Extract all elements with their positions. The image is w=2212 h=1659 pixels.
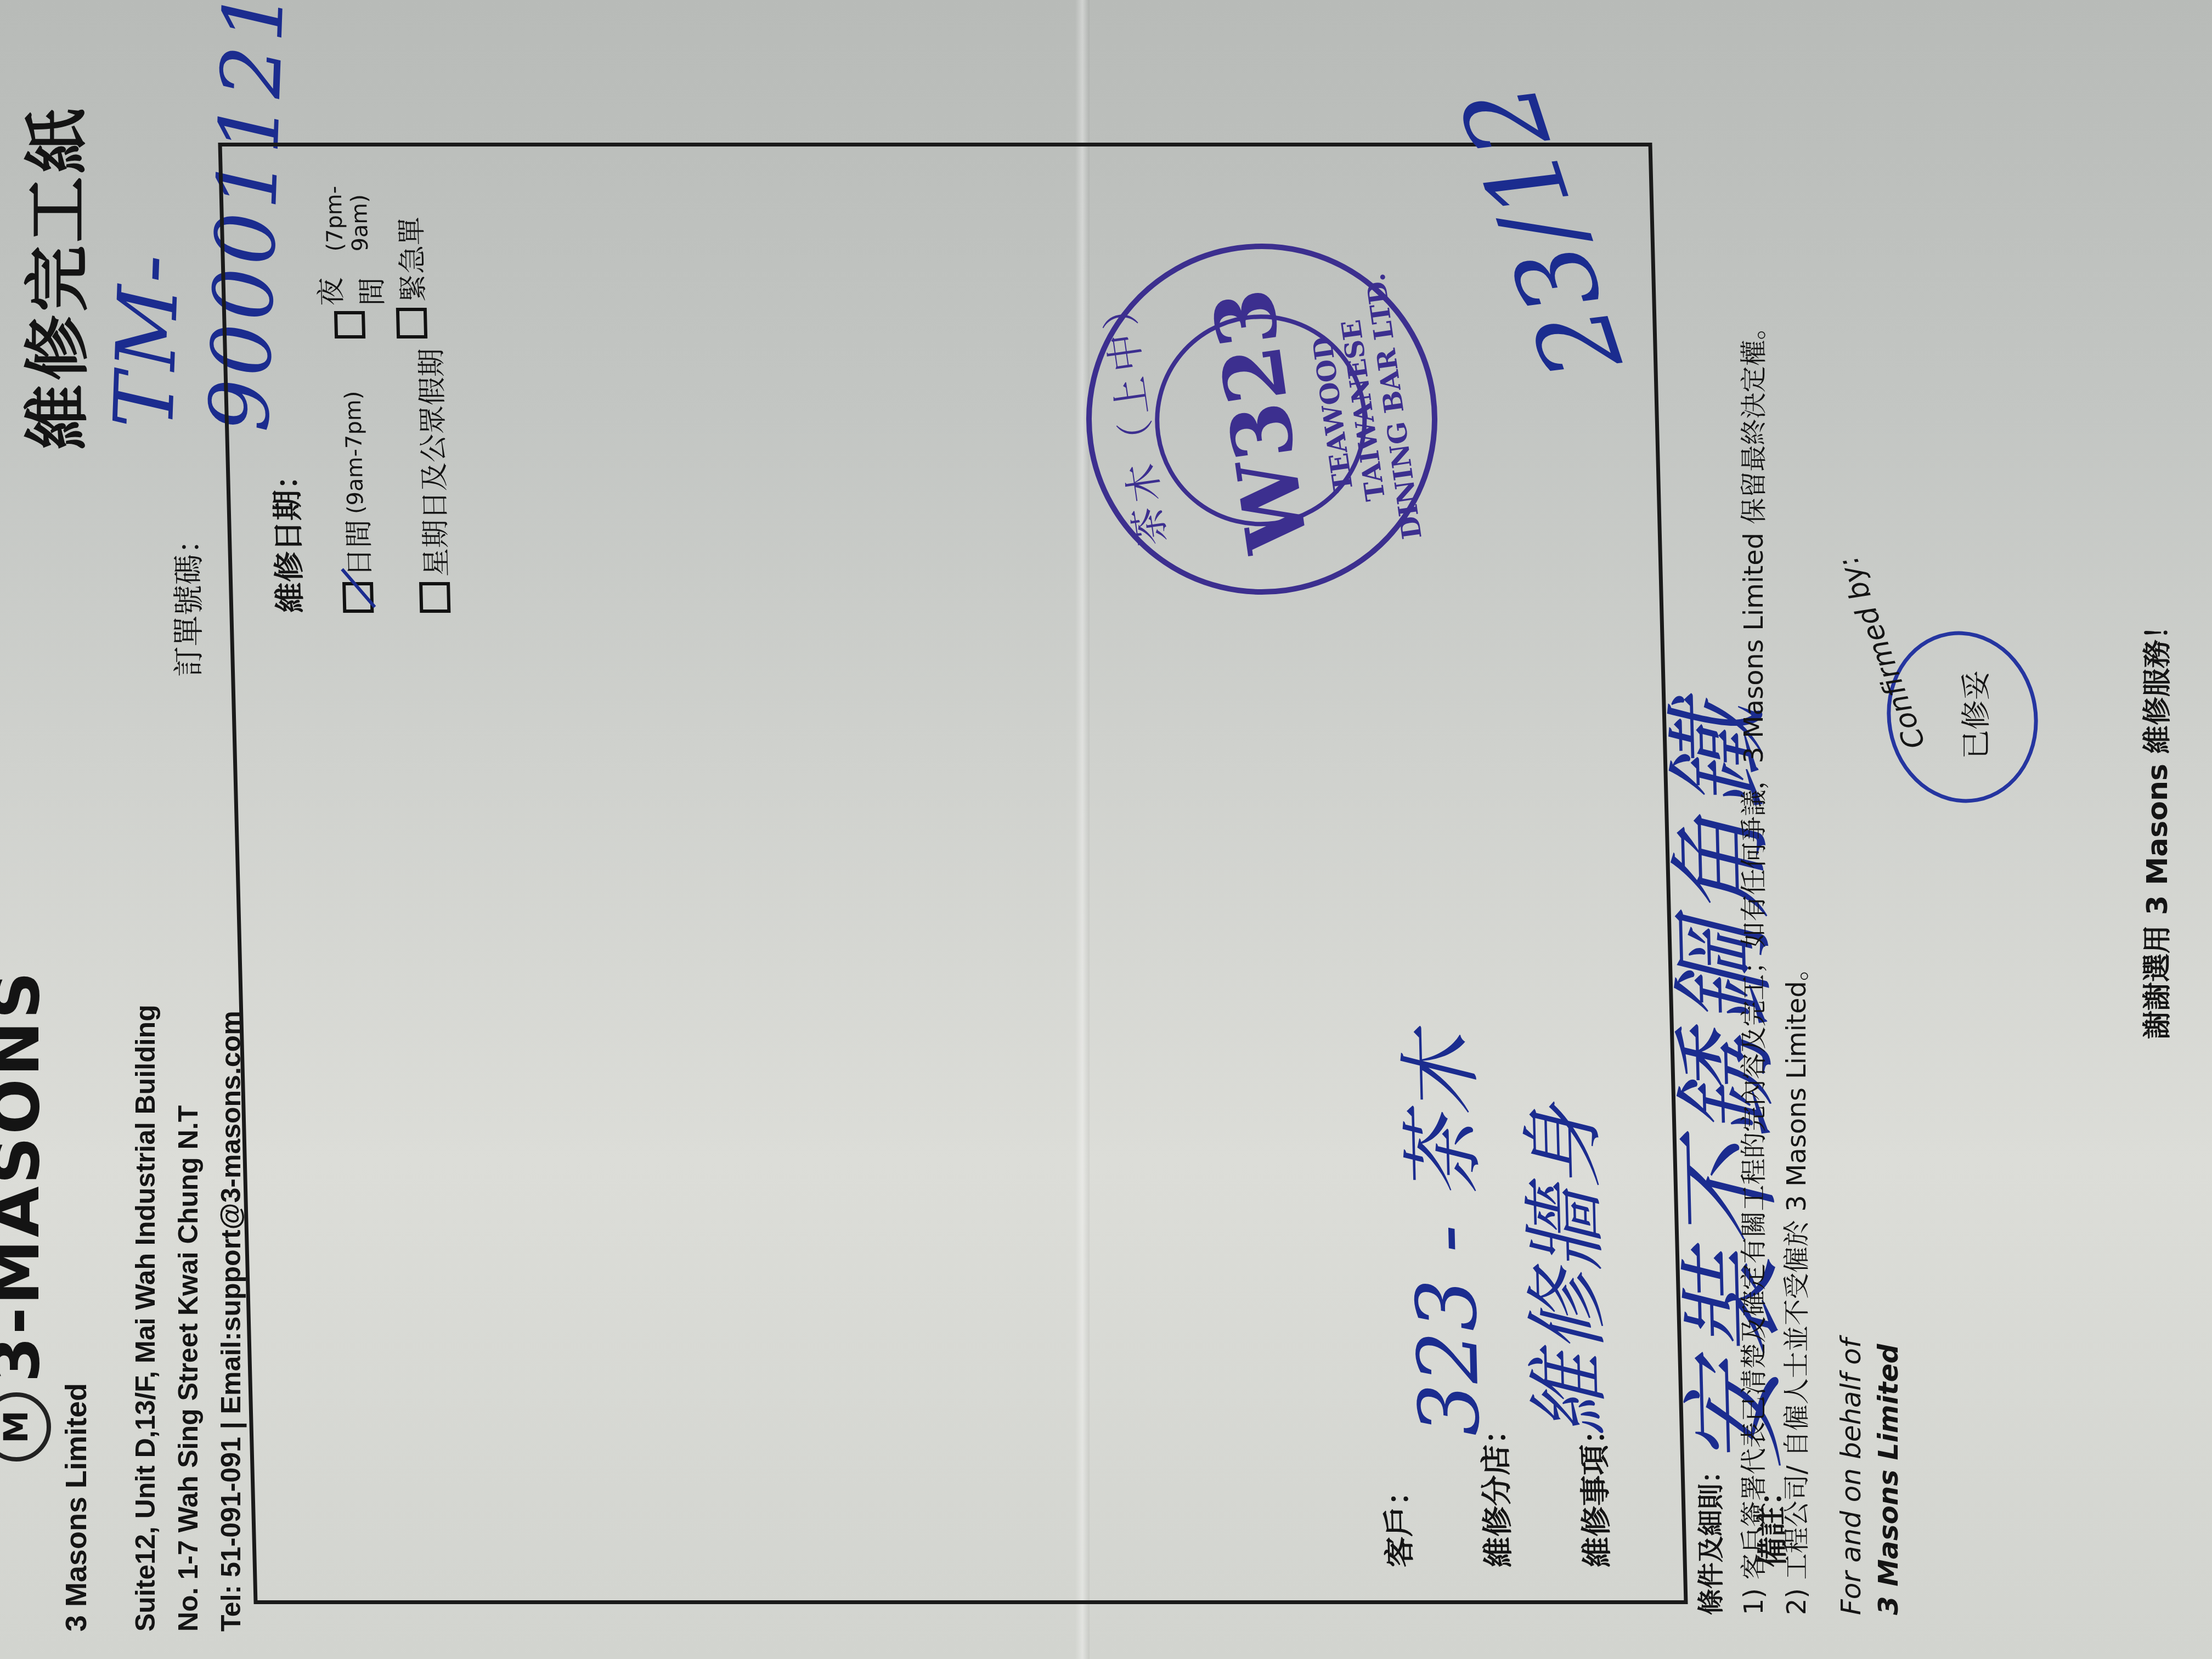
behalf-line-1: For and on behalf of	[1832, 1339, 1870, 1615]
checkbox-icon[interactable]	[396, 308, 427, 338]
maintenance-completion-form: M 3-MASONS 3 Masons Limited Suite12, Uni…	[0, 0, 2212, 1659]
schedule-label: 維修日期：	[263, 459, 311, 613]
form-box: 客戶： 維修分店： 323 - 茶木 維修事項： 維修牆身 安裝不銹鋼角鐵 備註…	[218, 143, 1688, 1604]
footer-thanks: 謝謝選用 3 Masons 維修服務！	[2134, 611, 2175, 1039]
behalf-line-2: 3 Masons Limited	[1870, 1339, 1907, 1615]
branch-label: 維修分店：	[1471, 1414, 1519, 1567]
company-logo: M 3-MASONS	[0, 969, 54, 1462]
option-label: 夜間	[307, 257, 391, 306]
company-block: 3 Masons Limited Suite12, Unit D,13/F, M…	[55, 1005, 252, 1632]
option-label: 星期日及公眾假期	[408, 348, 455, 577]
on-behalf-block: For and on behalf of 3 Masons Limited	[1832, 1339, 1907, 1615]
order-number-label: 訂單號碼：	[165, 523, 208, 677]
checkbox-icon[interactable]	[419, 582, 450, 613]
option-label: 緊急單	[388, 217, 432, 302]
item-value: 維修牆身	[1496, 1107, 1623, 1436]
checkbox-icon[interactable]	[334, 311, 365, 338]
option-hours: (9am-7pm)	[340, 391, 368, 514]
option-label: 日間	[335, 520, 378, 577]
schedule-option-night[interactable]: 夜間 (7pm-9am)	[304, 146, 392, 338]
form-title: 維修完工紙	[5, 104, 100, 450]
address-line-1: Suite12, Unit D,13/F, Mai Wah Industrial…	[124, 1005, 167, 1632]
term-item: 1) 客戶簽署代表已清楚及確定有關工程的完內容及完工；如有任何爭議，3 Maso…	[1733, 314, 1775, 1615]
schedule-option-holiday[interactable]: 星期日及公眾假期	[408, 348, 456, 613]
triangle-m-logo-icon: M	[0, 1392, 51, 1462]
schedule-option-urgent[interactable]: 緊急單	[388, 217, 432, 338]
address-line-2: No. 1-7 Wah Sing Street Kwai Chung N.T	[167, 1005, 210, 1632]
customer-label: 客戶：	[1374, 1475, 1420, 1567]
checkbox-checked-icon[interactable]	[342, 582, 374, 613]
confirmed-status: 已修妥	[1953, 670, 1995, 759]
terms-title: 條件及細則：	[1690, 314, 1733, 1615]
branch-value: 323 - 茶木	[1374, 1034, 1502, 1436]
item-label: 維修事項：	[1570, 1414, 1617, 1567]
company-name: 3 Masons Limited	[55, 1005, 98, 1632]
terms-section: 條件及細則： 1) 客戶簽署代表已清楚及確定有關工程的完內容及完工；如有任何爭議…	[1690, 314, 1818, 1615]
option-hours: (7pm-9am)	[320, 146, 374, 252]
term-item: 2) 工程公司/ 自僱人士並不受僱於 3 Masons Limited。	[1775, 314, 1818, 1615]
logo-wordmark: 3-MASONS	[0, 969, 54, 1383]
schedule-option-day[interactable]: 日間 (9am-7pm)	[332, 391, 379, 613]
